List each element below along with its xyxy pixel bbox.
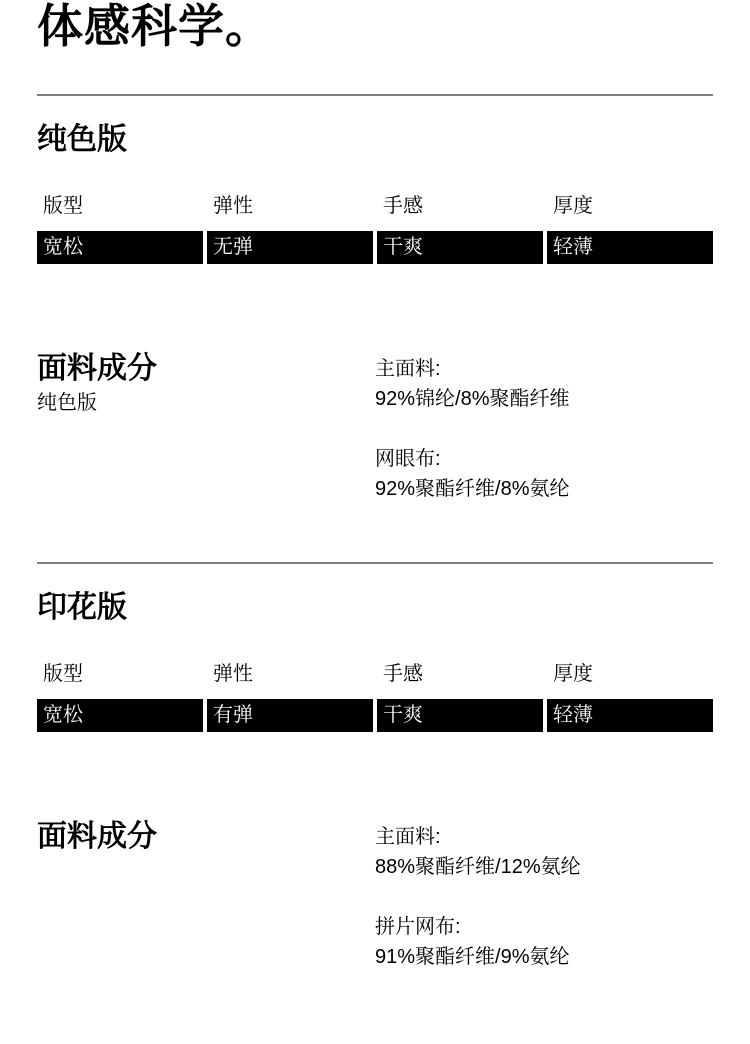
composition-title: 面料成分 [37,352,375,386]
spec-value-row: 宽松 有弹 干爽 轻薄 [37,699,713,732]
section-heading-solid: 纯色版 [37,123,713,157]
section-print-version: 印花版 版型 弹性 手感 厚度 宽松 有弹 干爽 轻薄 面料成分 主面料: [37,591,713,972]
spec-header-fit: 版型 [37,661,203,687]
composition-title: 面料成分 [37,820,375,854]
spec-value-elasticity: 无弹 [207,231,373,264]
composition-group-main: 主面料: 88%聚酯纤维/12%氨纶 [375,822,713,882]
product-detail-page: 体感科学。 纯色版 版型 弹性 手感 厚度 宽松 无弹 干爽 轻薄 面料成分 纯… [0,0,750,972]
composition-value: 92%聚酯纤维/8%氨纶 [375,474,713,504]
section-heading-print: 印花版 [37,591,713,625]
section-solid-version: 纯色版 版型 弹性 手感 厚度 宽松 无弹 干爽 轻薄 面料成分 纯色版 [37,123,713,504]
composition-group-mesh: 拼片网布: 91%聚酯纤维/9%氨纶 [375,912,713,972]
spec-value-fit: 宽松 [37,231,203,264]
fabric-composition-solid: 面料成分 纯色版 主面料: 92%锦纶/8%聚酯纤维 网眼布: 92%聚酯纤维/… [37,352,713,504]
spec-value-elasticity: 有弹 [207,699,373,732]
composition-right: 主面料: 92%锦纶/8%聚酯纤维 网眼布: 92%聚酯纤维/8%氨纶 [375,352,713,504]
composition-value: 88%聚酯纤维/12%氨纶 [375,852,713,882]
spec-value-thickness: 轻薄 [547,699,713,732]
spec-header-fit: 版型 [37,193,203,219]
section-divider [37,562,713,564]
spec-value-feel: 干爽 [377,699,543,732]
composition-left: 面料成分 纯色版 [37,352,375,417]
composition-subtitle: 纯色版 [37,389,375,417]
spec-header-feel: 手感 [377,193,543,219]
composition-label: 拼片网布: [375,912,713,942]
composition-value: 92%锦纶/8%聚酯纤维 [375,384,713,414]
spec-header-row: 版型 弹性 手感 厚度 [37,193,713,219]
spec-value-feel: 干爽 [377,231,543,264]
spec-header-elasticity: 弹性 [207,193,373,219]
spec-value-row: 宽松 无弹 干爽 轻薄 [37,231,713,264]
spec-header-feel: 手感 [377,661,543,687]
spec-header-thickness: 厚度 [547,661,713,687]
composition-label: 网眼布: [375,444,713,474]
composition-label: 主面料: [375,822,713,852]
spec-value-fit: 宽松 [37,699,203,732]
composition-right: 主面料: 88%聚酯纤维/12%氨纶 拼片网布: 91%聚酯纤维/9%氨纶 [375,820,713,972]
spec-header-row: 版型 弹性 手感 厚度 [37,661,713,687]
composition-left: 面料成分 [37,820,375,854]
composition-value: 91%聚酯纤维/9%氨纶 [375,942,713,972]
spec-table-solid: 版型 弹性 手感 厚度 宽松 无弹 干爽 轻薄 [37,193,713,264]
spec-table-print: 版型 弹性 手感 厚度 宽松 有弹 干爽 轻薄 [37,661,713,732]
spec-header-elasticity: 弹性 [207,661,373,687]
spec-value-thickness: 轻薄 [547,231,713,264]
composition-label: 主面料: [375,354,713,384]
fabric-composition-print: 面料成分 主面料: 88%聚酯纤维/12%氨纶 拼片网布: 91%聚酯纤维/9%… [37,820,713,972]
spec-header-thickness: 厚度 [547,193,713,219]
composition-group-mesh: 网眼布: 92%聚酯纤维/8%氨纶 [375,444,713,504]
composition-group-main: 主面料: 92%锦纶/8%聚酯纤维 [375,354,713,414]
section-divider [37,94,713,96]
page-title: 体感科学。 [37,0,713,52]
